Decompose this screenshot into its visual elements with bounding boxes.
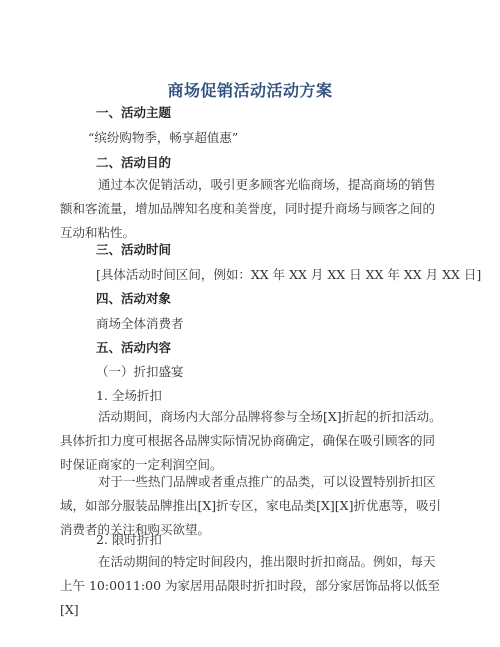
item-1-title: 1. 全场折扣 — [96, 386, 162, 404]
section-heading-time: 三、活动时间 — [96, 240, 171, 258]
section-heading-content: 五、活动内容 — [96, 338, 171, 356]
section-heading-audience: 四、活动对象 — [96, 289, 171, 307]
item-2-title: 2. 限时折扣 — [96, 530, 162, 548]
purpose-paragraph: 通过本次促销活动，吸引更多顾客光临商场，提高商场的销售额和客流量，增加品牌知名度… — [60, 173, 443, 245]
section-heading-purpose: 二、活动目的 — [96, 153, 171, 171]
item-2-paragraph-1: 在活动期间的特定时间段内，推出限时折扣商品。例如，每天上午 10:0011:00… — [60, 550, 443, 622]
time-text: [具体活动时间区间，例如：XX 年 XX 月 XX 日 XX 年 XX 月 XX… — [96, 265, 481, 283]
document-title: 商场促销活动活动方案 — [0, 78, 500, 101]
theme-text: “缤纷购物季，畅享超值惠” — [88, 128, 238, 146]
document-page: 商场促销活动活动方案 一、活动主题 “缤纷购物季，畅享超值惠” 二、活动目的 通… — [0, 0, 500, 647]
audience-text: 商场全体消费者 — [96, 314, 184, 332]
section-heading-theme: 一、活动主题 — [96, 103, 171, 121]
subsection-discount: （一）折扣盛宴 — [96, 362, 184, 380]
item-1-paragraph-1: 活动期间，商场内大部分品牌将参与全场[X]折起的折扣活动。具体折扣力度可根据各品… — [60, 405, 443, 477]
